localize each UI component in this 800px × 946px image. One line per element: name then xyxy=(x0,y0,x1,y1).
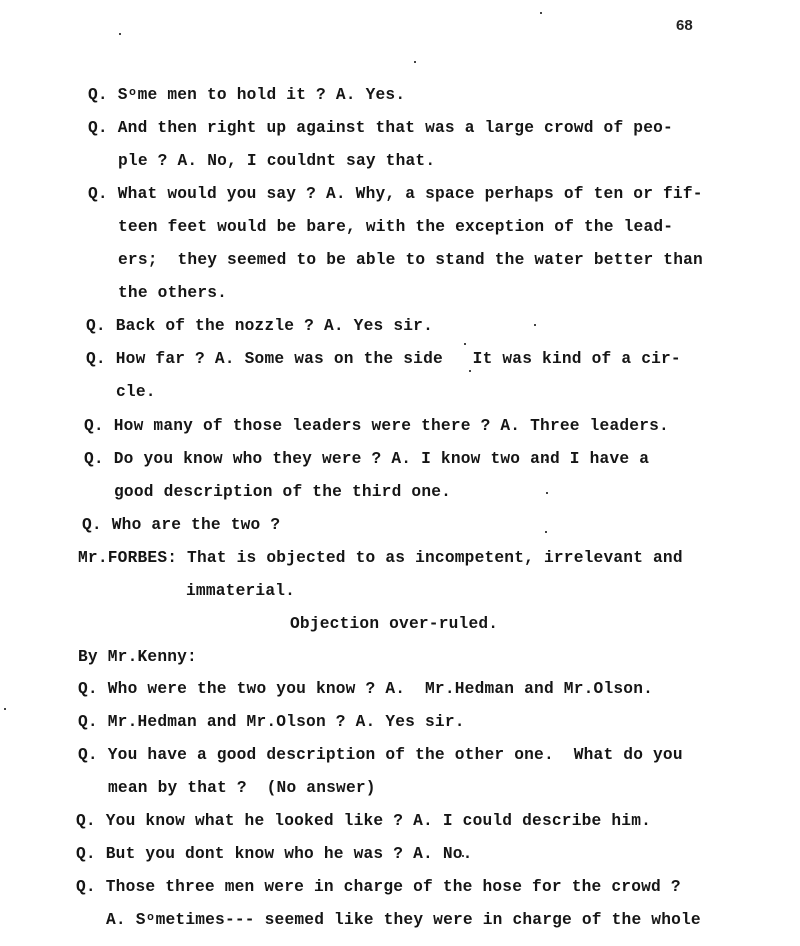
examiner-line: By Mr.Kenny: xyxy=(78,647,197,667)
scan-speck xyxy=(469,370,471,372)
transcript-line: the others. xyxy=(118,283,227,303)
transcript-line: immaterial. xyxy=(186,581,295,601)
transcript-line: Q. Who were the two you know ? A. Mr.Hed… xyxy=(78,679,653,699)
transcript-line: good description of the third one. xyxy=(114,482,451,502)
scan-speck xyxy=(464,343,466,345)
transcript-line: teen feet would be bare, with the except… xyxy=(118,217,673,237)
transcript-line: mean by that ? (No answer) xyxy=(108,778,376,798)
page-number: 68 xyxy=(676,17,693,34)
scan-speck xyxy=(119,33,121,35)
transcript-line: Q. What would you say ? A. Why, a space … xyxy=(88,184,703,204)
scan-speck xyxy=(545,459,547,461)
transcript-line: ers; they seemed to be able to stand the… xyxy=(118,250,703,270)
transcript-line: Q. Sᵒme men to hold it ? A. Yes. xyxy=(88,85,405,105)
ruling-line: Objection over-ruled. xyxy=(290,614,498,634)
transcript-line: Q. Back of the nozzle ? A. Yes sir. xyxy=(86,316,433,336)
transcript-line: Q. How far ? A. Some was on the side It … xyxy=(86,349,681,369)
scan-speck xyxy=(462,855,464,857)
scan-speck xyxy=(4,708,6,710)
scan-speck xyxy=(546,492,548,494)
scan-speck xyxy=(545,531,547,533)
scan-speck xyxy=(414,61,416,63)
transcript-line: ple ? A. No, I couldnt say that. xyxy=(118,151,435,171)
transcript-line: Q. Who are the two ? xyxy=(82,515,280,535)
transcript-line: Q. You know what he looked like ? A. I c… xyxy=(76,811,651,831)
transcript-line: Q. How many of those leaders were there … xyxy=(84,416,669,436)
transcript-line: cle. xyxy=(116,382,156,402)
scan-speck xyxy=(540,12,542,14)
transcript-line: Q. But you dont know who he was ? A. No. xyxy=(76,844,473,864)
transcript-page: 68 Q. Sᵒme men to hold it ? A. Yes. Q. A… xyxy=(0,0,800,946)
transcript-line: Q. Those three men were in charge of the… xyxy=(76,877,681,897)
transcript-line: Q. Mr.Hedman and Mr.Olson ? A. Yes sir. xyxy=(78,712,465,732)
transcript-line: Q. You have a good description of the ot… xyxy=(78,745,683,765)
transcript-line: A. Sᵒmetimes--- seemed like they were in… xyxy=(106,910,701,930)
transcript-line: Mr.FORBES: That is objected to as incomp… xyxy=(78,548,683,568)
transcript-line: Q. Do you know who they were ? A. I know… xyxy=(84,449,649,469)
transcript-line: Q. And then right up against that was a … xyxy=(88,118,673,138)
scan-speck xyxy=(534,324,536,326)
